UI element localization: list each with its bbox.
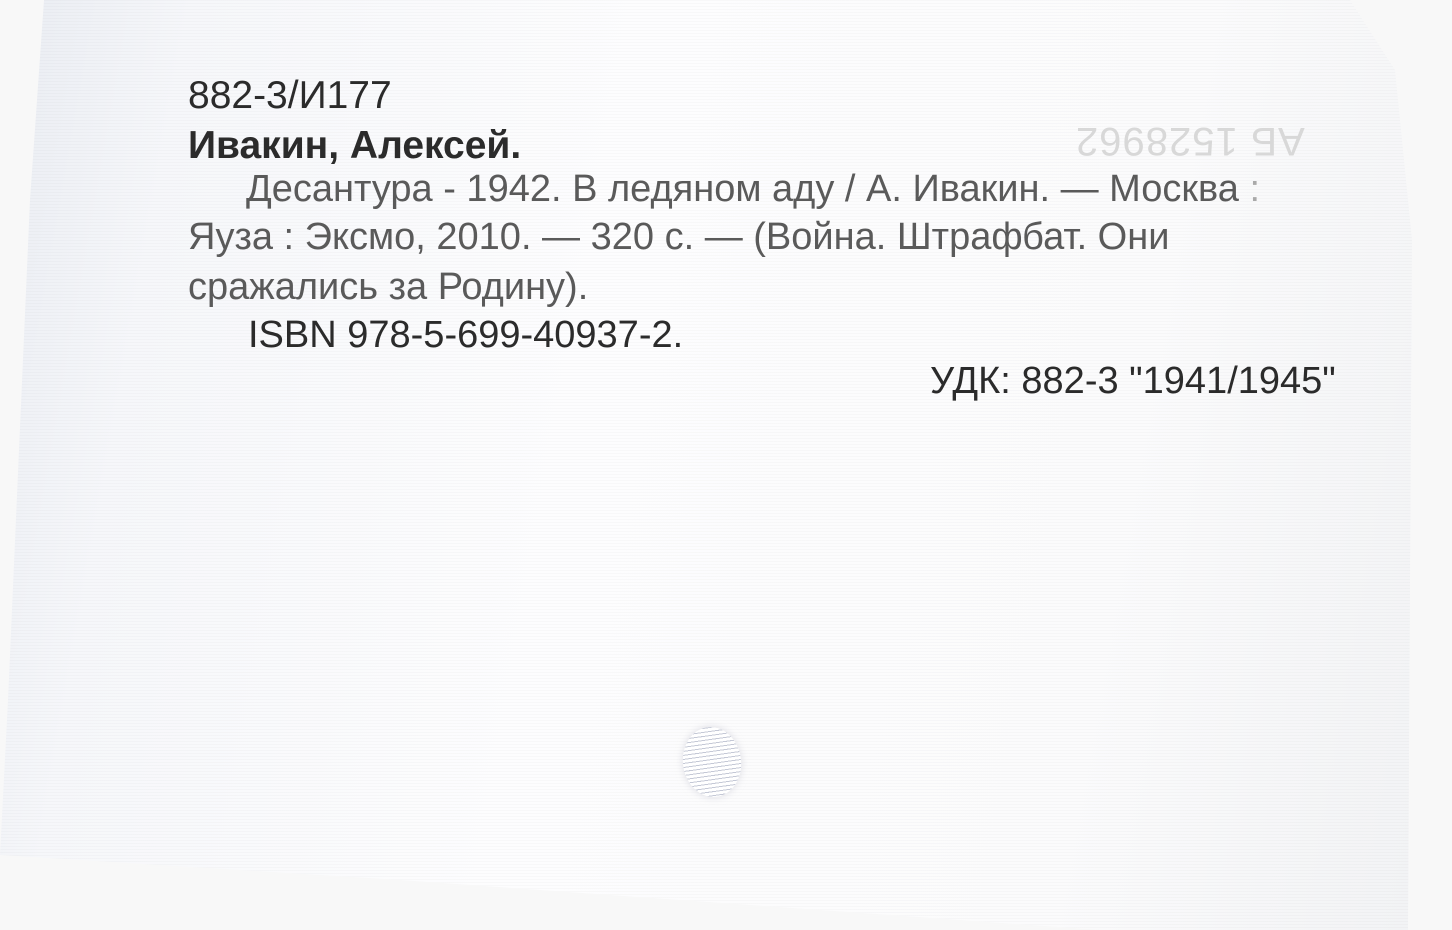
bibliographic-description-line-1: Десантура - 1942. В ледяном аду / А. Ива…	[246, 168, 1260, 211]
inventory-stamp-mirrored: АБ 1528962	[1075, 118, 1305, 163]
title-and-publication: Десантура - 1942. В ледяном аду / А. Ива…	[246, 168, 1239, 210]
bibliographic-description-line-3: сражались за Родину).	[188, 266, 588, 309]
bibliographic-description-line-2: Яуза : Эксмо, 2010. — 320 с. — (Война. Ш…	[188, 216, 1169, 259]
isbn: ISBN 978-5-699-40937-2.	[248, 314, 683, 357]
author-heading: Ивакин, Алексей.	[188, 124, 521, 168]
udk-classification: УДК: 882-3 "1941/1945"	[930, 360, 1336, 403]
scanned-catalog-card: АБ 1528962 882-3/И177 Ивакин, Алексей. Д…	[0, 0, 1452, 930]
shelf-mark: 882-3/И177	[188, 74, 392, 118]
colon-separator: :	[1239, 168, 1260, 210]
